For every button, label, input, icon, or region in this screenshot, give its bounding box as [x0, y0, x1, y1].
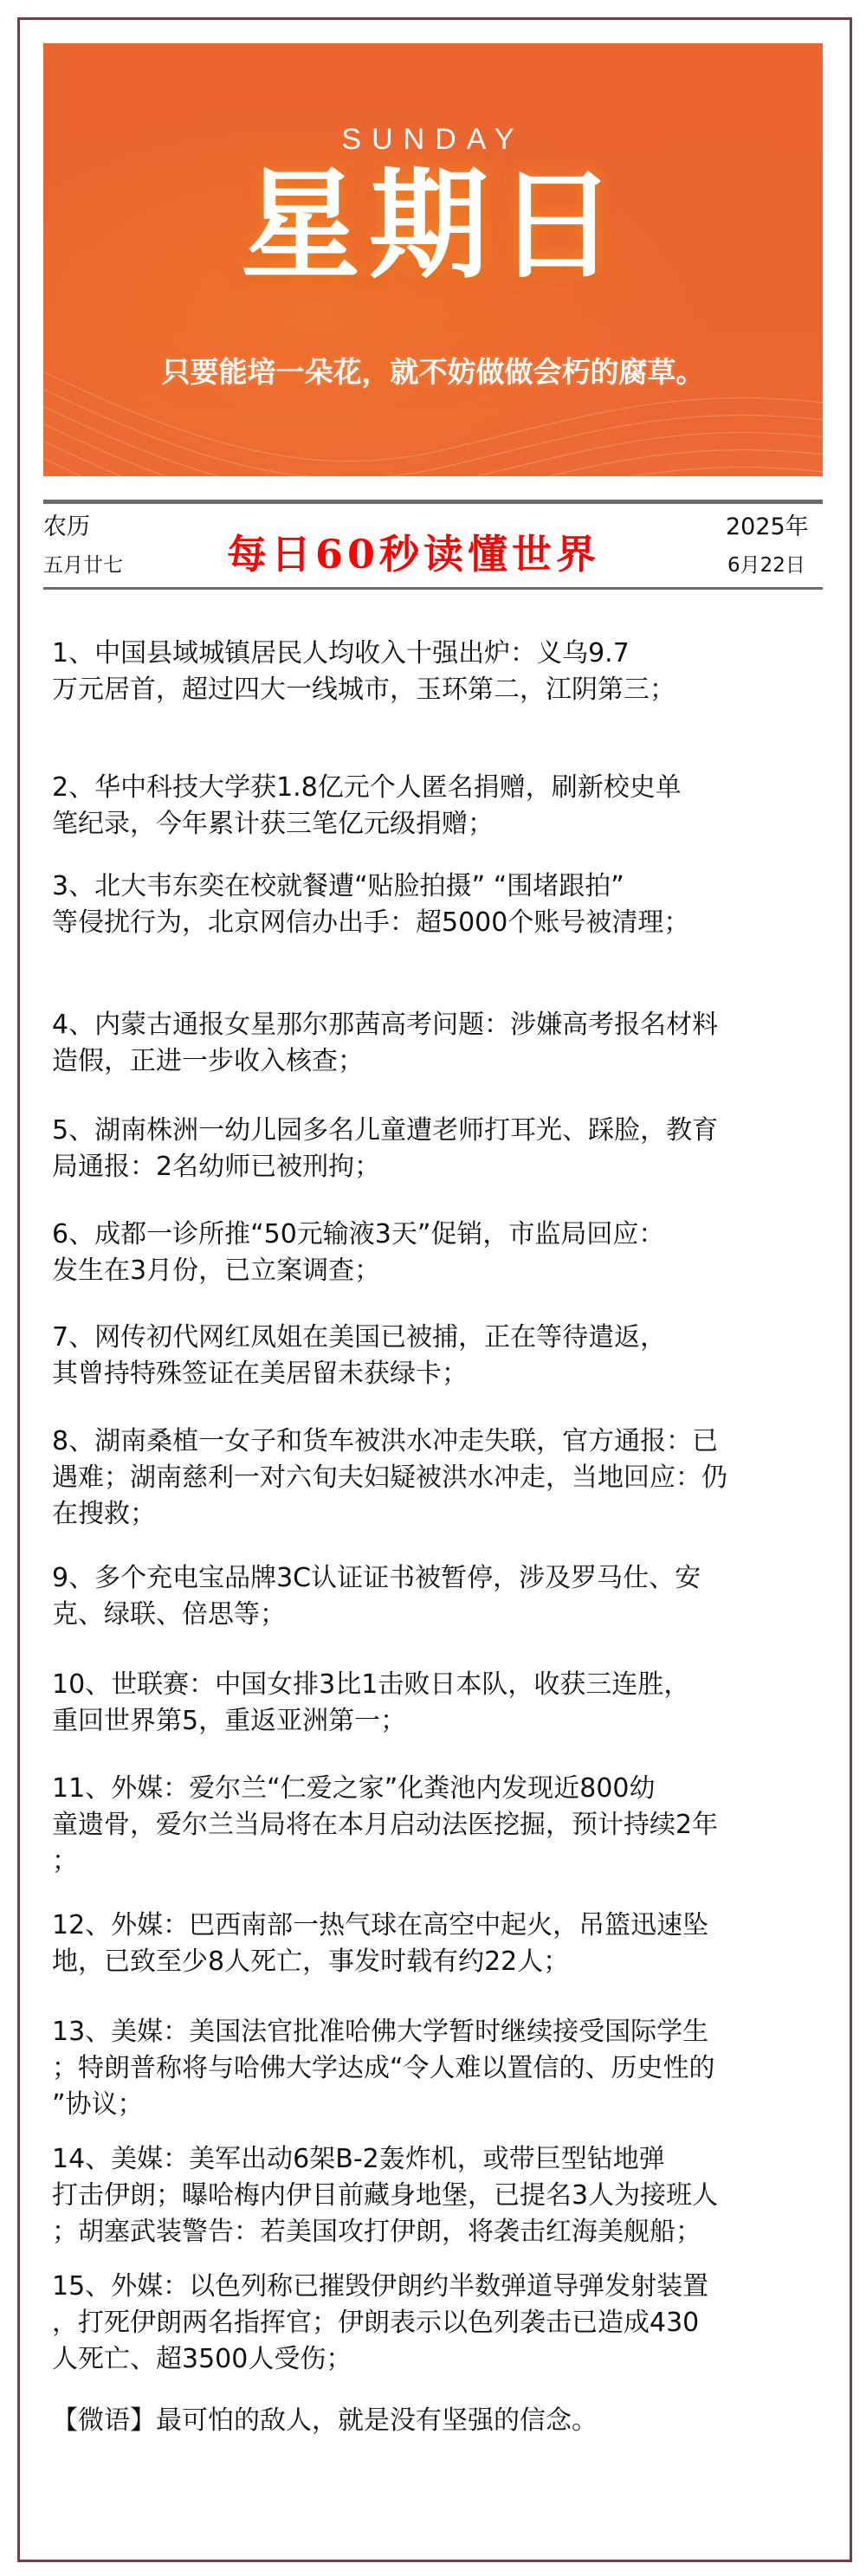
- news-item-text: 7、网传初代网红凤姐在美国已被捕，正在等待遣返， 其曾持特殊签证在美居留未获绿卡…: [52, 1322, 666, 1389]
- news-item-text: 14、美媒：美军出动6架B-2轰炸机，或带巨型钻地弹 打击伊朗；曝哈梅内伊目前藏…: [52, 2144, 718, 2247]
- news-item: 7、网传初代网红凤姐在美国已被捕，正在等待遣返， 其曾持特殊签证在美居留未获绿卡…: [52, 1320, 836, 1392]
- news-item-text: 10、世联赛：中国女排3比1击败日本队，收获三连胜， 重回世界第5，重返亚洲第一…: [52, 1669, 689, 1736]
- gregorian-year: 2025年: [726, 507, 809, 541]
- news-item: 2、华中科技大学获1.8亿元个人匿名捐赠，刷新校史单 笔纪录，今年累计获三笔亿元…: [52, 770, 836, 843]
- banner-quote: 只要能培一朵花，就不妨做做会朽的腐草。: [43, 350, 823, 391]
- news-item: 3、北大韦东奕在校就餐遭“贴脸拍摄” “围堵跟拍” 等侵扰行为，北京网信办出手：…: [52, 868, 836, 941]
- news-item: 12、外媒：巴西南部一热气球在高空中起火，吊篮迅速坠 地，已致至少8人死亡，事发…: [52, 1908, 836, 1980]
- news-item-text: 5、湖南株洲一幼儿园多名儿童遭老师打耳光、踩脸，教育 局通报：2名幼师已被刑拘；: [52, 1115, 718, 1182]
- news-item-text: 3、北大韦东奕在校就餐遭“贴脸拍摄” “围堵跟拍” 等侵扰行为，北京网信办出手：…: [52, 871, 689, 938]
- news-item: 4、内蒙古通报女星那尔那茜高考问题：涉嫌高考报名材料 造假，正进一步收入核查；: [52, 1007, 836, 1080]
- news-item: 10、世联赛：中国女排3比1击败日本队，收获三连胜， 重回世界第5，重返亚洲第一…: [52, 1667, 836, 1740]
- news-item-text: 13、美媒：美国法官批准哈佛大学暂时继续接受国际学生 ；特朗普称将与哈佛大学达成…: [52, 2017, 715, 2120]
- news-item-text: 4、内蒙古通报女星那尔那茜高考问题：涉嫌高考报名材料 造假，正进一步收入核查；: [52, 1010, 718, 1076]
- weekday-chinese: 星期日: [43, 165, 823, 286]
- header-top-rule: [43, 500, 823, 504]
- news-item: 1、中国县域城镇居民人均收入十强出炉：义乌9.7 万元居首，超过四大一线城市，玉…: [52, 636, 836, 708]
- news-item: 13、美媒：美国法官批准哈佛大学暂时继续接受国际学生 ；特朗普称将与哈佛大学达成…: [52, 2014, 836, 2123]
- news-item-text: 15、外媒：以色列称已摧毁伊朗约半数弹道导弹发射装置 ，打死伊朗两名指挥官；伊朗…: [52, 2271, 708, 2374]
- news-item-text: 9、多个充电宝品牌3C认证证书被暂停，涉及罗马仕、安 克、绿联、倍思等；: [52, 1563, 701, 1630]
- news-item-text: 8、湖南桑植一女子和货车被洪水冲走失联，官方通报：已 遇难；湖南慈利一对六旬夫妇…: [52, 1426, 727, 1529]
- news-item-text: 6、成都一诊所推“50元输液3天”促销，市监局回应： 发生在3月份，已立案调查；: [52, 1219, 664, 1286]
- lunar-date: 五月廿七: [43, 549, 123, 578]
- page-title: 每日60秒读懂世界: [227, 523, 600, 580]
- lunar-label: 农历: [43, 507, 90, 541]
- news-item: 14、美媒：美军出动6架B-2轰炸机，或带巨型钻地弹 打击伊朗；曝哈梅内伊目前藏…: [52, 2141, 836, 2250]
- news-item-text: 11、外媒：爱尔兰“仁爱之家”化粪池内发现近800幼 童遗骨，爱尔兰当局将在本月…: [52, 1773, 718, 1876]
- news-item: 6、成都一诊所推“50元输液3天”促销，市监局回应： 发生在3月份，已立案调查；: [52, 1217, 836, 1289]
- header-bottom-rule: [43, 587, 823, 590]
- news-item: 9、多个充电宝品牌3C认证证书被暂停，涉及罗马仕、安 克、绿联、倍思等；: [52, 1560, 836, 1633]
- news-item-text: 12、外媒：巴西南部一热气球在高空中起火，吊篮迅速坠 地，已致至少8人死亡，事发…: [52, 1910, 708, 1977]
- news-item: 5、湖南株洲一幼儿园多名儿童遭老师打耳光、踩脸，教育 局通报：2名幼师已被刑拘；: [52, 1113, 836, 1185]
- news-item: 15、外媒：以色列称已摧毁伊朗约半数弹道导弹发射装置 ，打死伊朗两名指挥官；伊朗…: [52, 2269, 836, 2378]
- gregorian-date: 6月22日: [727, 549, 805, 578]
- news-item-text: 1、中国县域城镇居民人均收入十强出炉：义乌9.7 万元居首，超过四大一线城市，玉…: [52, 638, 675, 705]
- day-banner: SUNDAY 星期日 只要能培一朵花，就不妨做做会朽的腐草。: [43, 43, 823, 476]
- news-item: 11、外媒：爱尔兰“仁爱之家”化粪池内发现近800幼 童遗骨，爱尔兰当局将在本月…: [52, 1771, 836, 1880]
- news-item-text: 2、华中科技大学获1.8亿元个人匿名捐赠，刷新校史单 笔纪录，今年累计获三笔亿元…: [52, 772, 682, 839]
- whisper-text: 【微语】最可怕的敌人，就是没有坚强的信念。: [52, 2405, 598, 2436]
- whisper-quote: 【微语】最可怕的敌人，就是没有坚强的信念。: [52, 2403, 836, 2439]
- news-item: 8、湖南桑植一女子和货车被洪水冲走失联，官方通报：已 遇难；湖南慈利一对六旬夫妇…: [52, 1424, 836, 1533]
- weekday-english: SUNDAY: [43, 123, 823, 157]
